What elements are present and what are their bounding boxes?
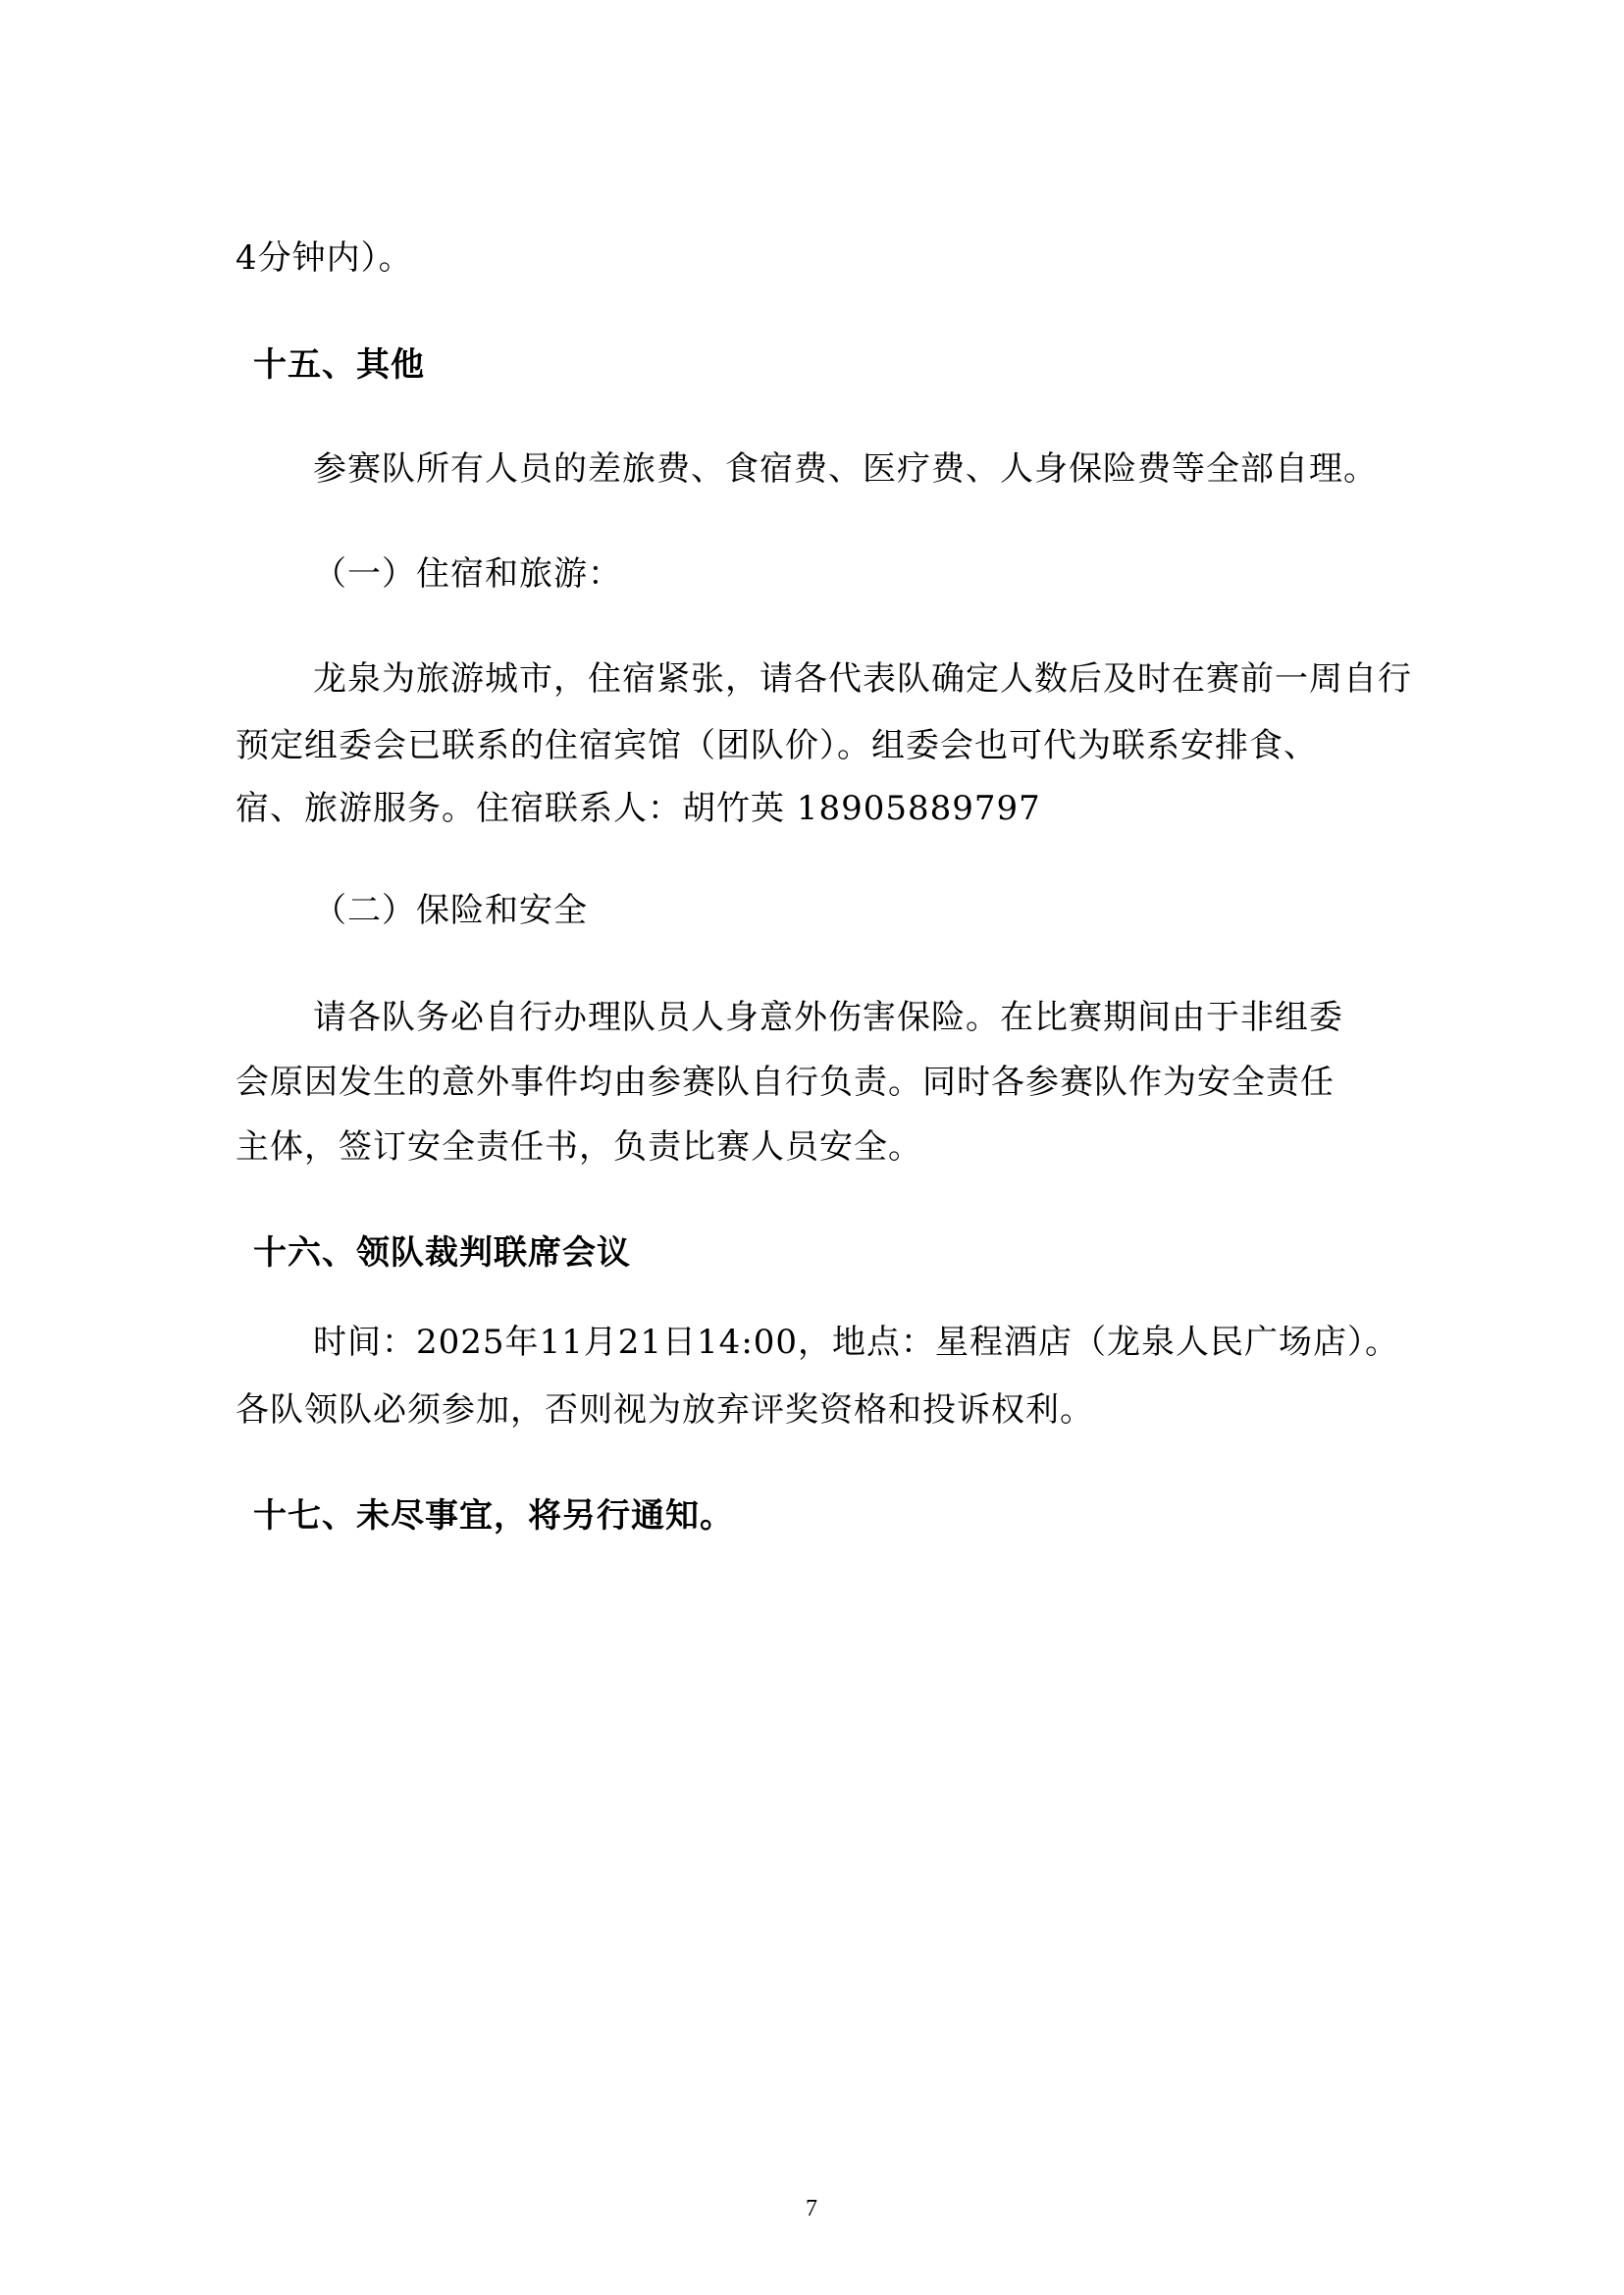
meeting-line-2: 各队领队必须参加，否则视为放弃评奖资格和投诉权利。: [236, 1390, 1094, 1430]
insurance-paragraph-line-2: 会原因发生的意外事件均由参赛队自行负责。同时各参赛队作为安全责任: [236, 1063, 1335, 1102]
section-15-intro: 参赛队所有人员的差旅费、食宿费、医疗费、人身保险费等全部自理。: [313, 449, 1378, 489]
section-heading-15: 十五、其他: [253, 345, 425, 385]
insurance-paragraph-line-3: 主体，签订安全责任书，负责比赛人员安全。: [236, 1127, 922, 1167]
lodging-paragraph-line-3: 宿、旅游服务。住宿联系人：胡竹英 18905889797: [236, 789, 1041, 828]
section-heading-16: 十六、领队裁判联席会议: [253, 1233, 631, 1273]
section-heading-17: 十七、未尽事宜，将另行通知。: [253, 1496, 734, 1536]
subsection-title-lodging: （一）住宿和旅游：: [313, 554, 622, 594]
lodging-paragraph-line-1: 龙泉为旅游城市，住宿紧张，请各代表队确定人数后及时在赛前一周自行: [313, 659, 1412, 699]
page-number: 7: [806, 2196, 817, 2222]
insurance-paragraph-line-1: 请各队务必自行办理队员人身意外伤害保险。在比赛期间由于非组委: [313, 998, 1343, 1037]
continuation-text: 4分钟内）。: [236, 238, 413, 278]
lodging-paragraph-line-2: 预定组委会已联系的住宿宾馆（团队价）。组委会也可代为联系安排食、: [236, 726, 1318, 765]
subsection-title-insurance: （二）保险和安全: [313, 891, 588, 930]
meeting-line-1: 时间：2025年11月21日14:00，地点：星程酒店（龙泉人民广场店）。: [313, 1323, 1399, 1362]
